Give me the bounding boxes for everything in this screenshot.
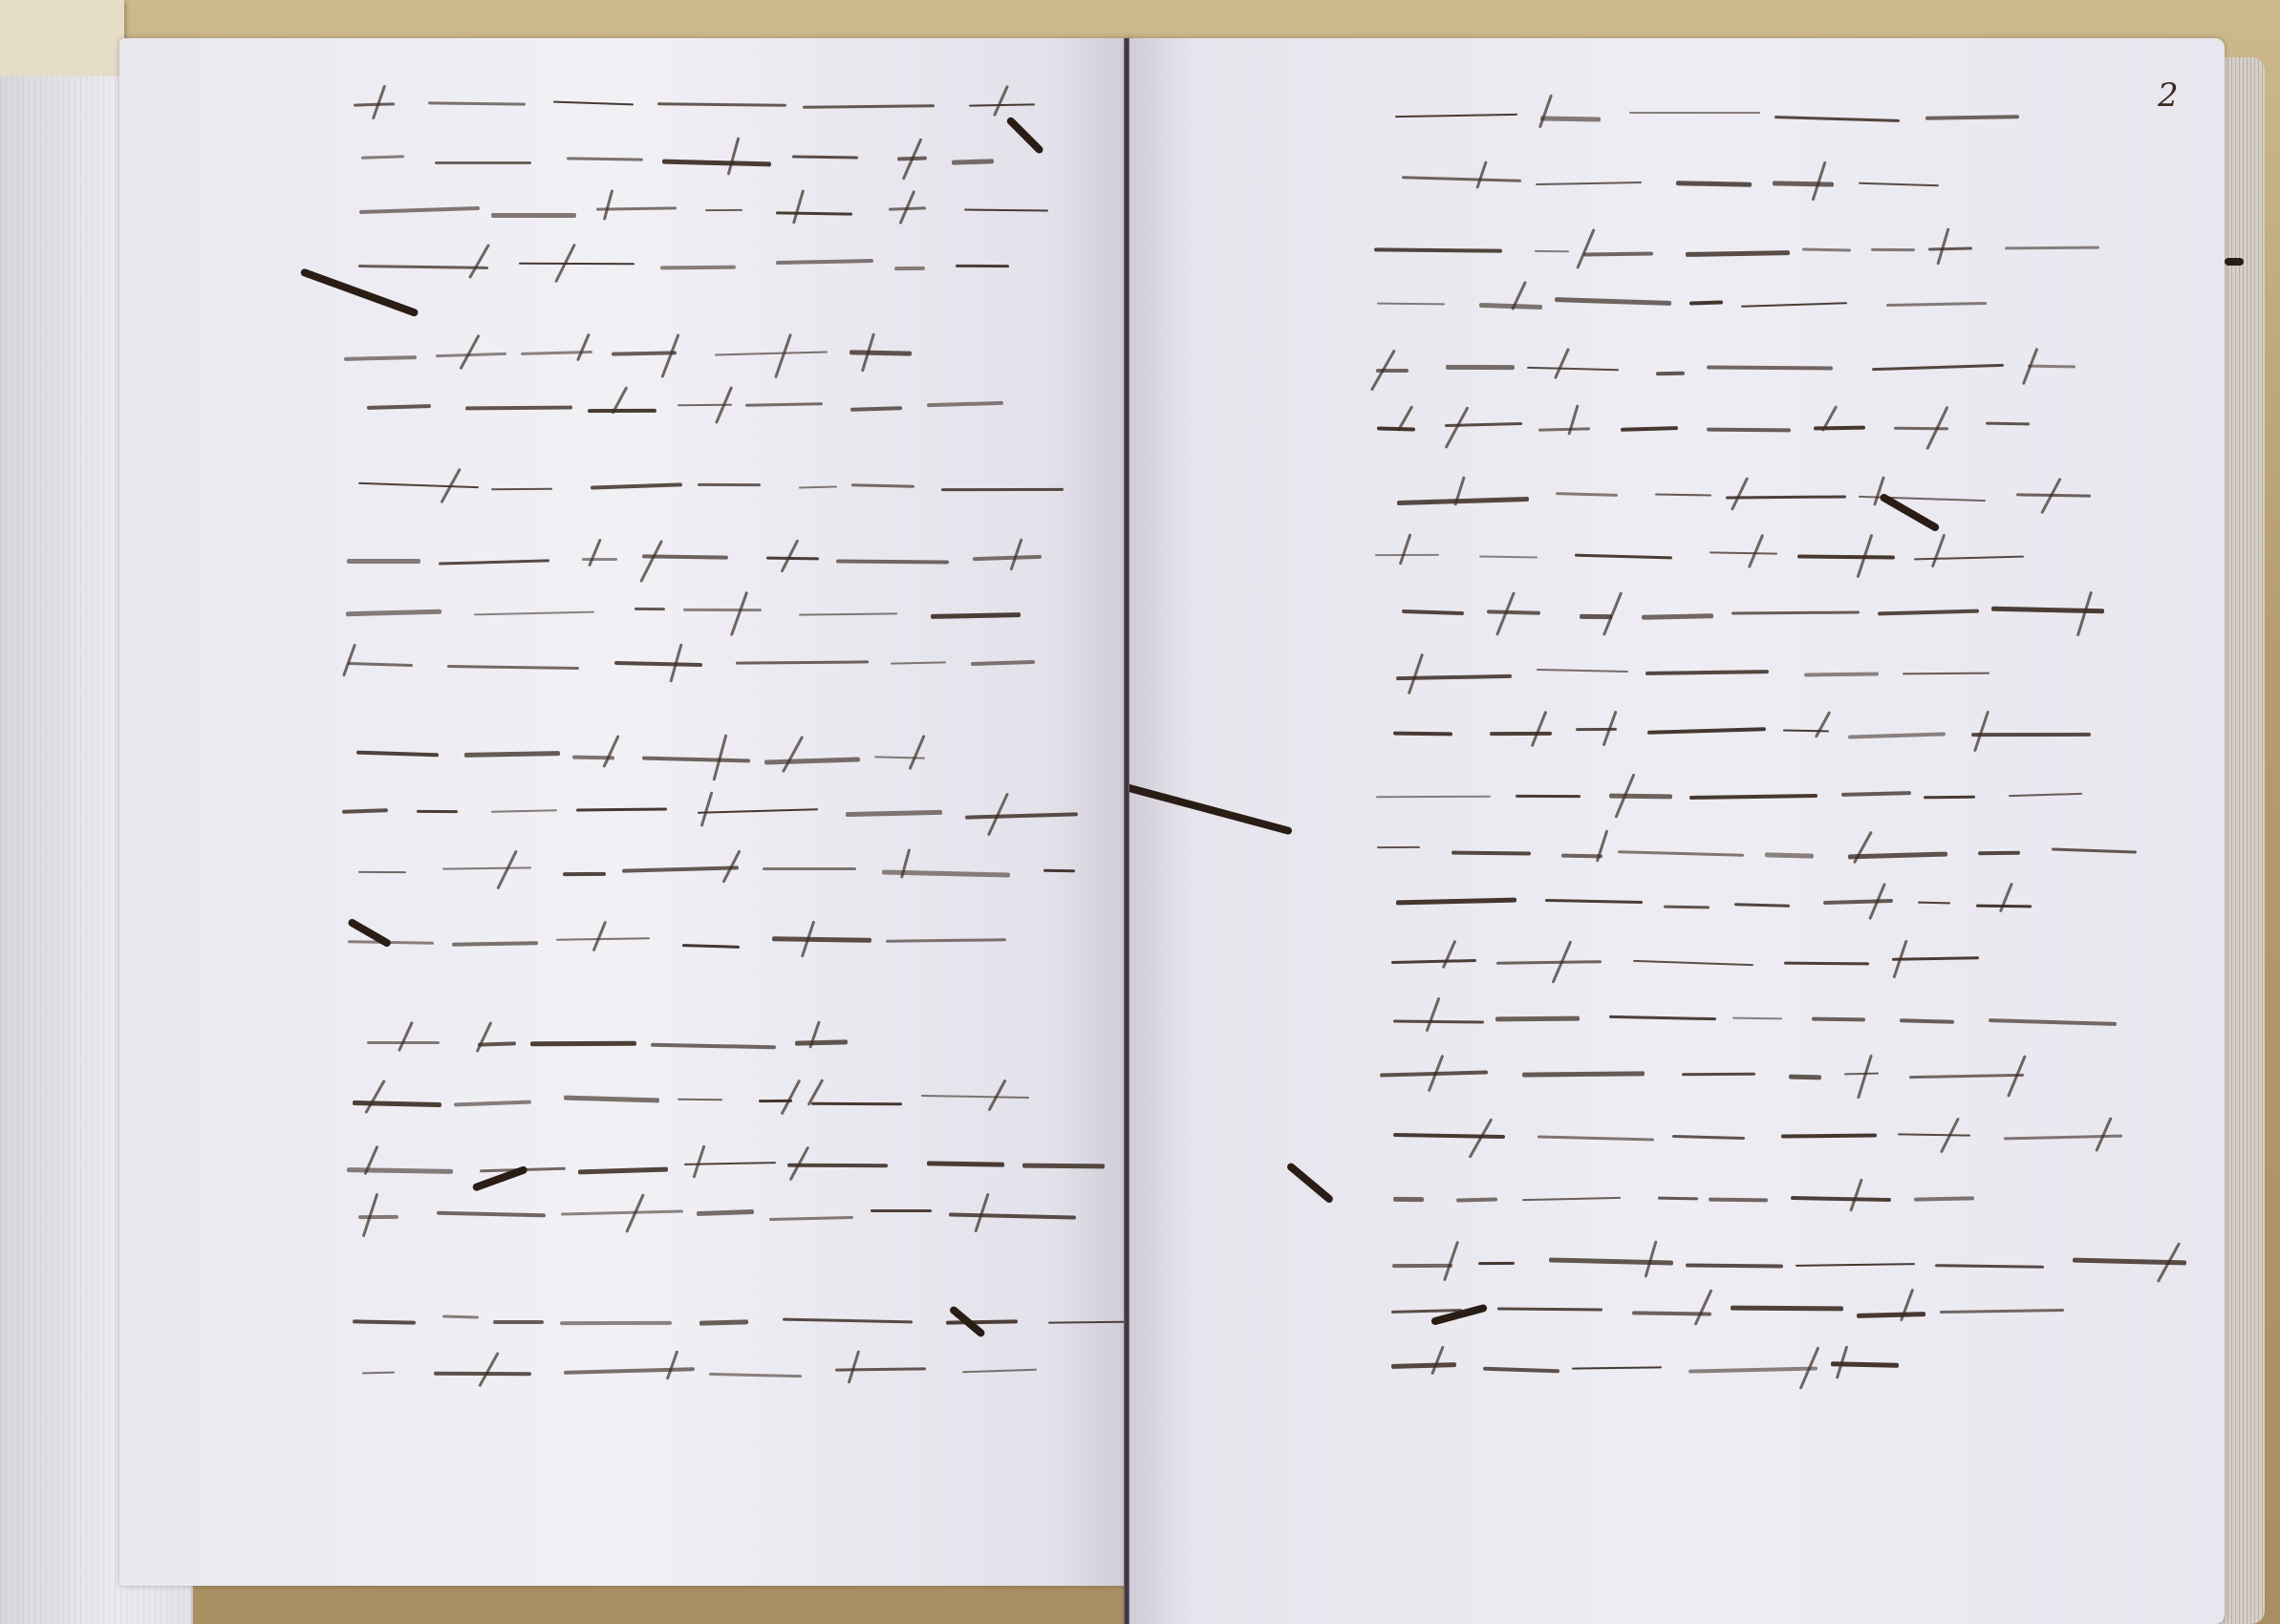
handwriting-stroke: [1645, 670, 1769, 675]
handwriting-stroke: [1730, 477, 1748, 511]
handwriting-stroke: [491, 488, 552, 491]
margin-mark: [1430, 1304, 1488, 1326]
handwriting-stroke: [622, 866, 739, 874]
handwriting-stroke: [1408, 653, 1424, 694]
handwriting-stroke: [576, 808, 667, 812]
handwriting-stroke: [491, 810, 557, 814]
handwriting-stroke: [927, 401, 1004, 407]
handwriting-stroke: [354, 102, 395, 107]
handwriting-stroke: [567, 157, 643, 160]
handwriting-stroke: [1849, 1178, 1863, 1211]
handwriting-stroke: [795, 1040, 848, 1046]
handwriting-stroke: [1689, 794, 1818, 800]
handwriting-stroke: [1549, 1257, 1673, 1265]
handwriting-stroke: [1823, 899, 1893, 905]
handwriting-stroke: [1931, 534, 1947, 568]
handwriting-stroke: [1395, 114, 1517, 118]
handwriting-stroke: [781, 539, 800, 572]
handwriting-stroke: [1781, 1133, 1877, 1138]
handwriting-stroke: [772, 937, 871, 943]
handwriting-stroke: [1655, 493, 1711, 496]
handwriting-stroke: [871, 1209, 932, 1212]
handwriting-stroke: [1545, 898, 1643, 903]
handwriting-stroke: [1924, 795, 1975, 799]
handwriting-stroke: [803, 104, 935, 108]
handwriting-stroke: [697, 1209, 754, 1216]
handwriting-stroke: [2005, 246, 2099, 249]
handwriting-stroke: [1707, 365, 1833, 370]
handwriting-stroke: [774, 333, 792, 379]
handwriting-stroke: [1555, 298, 1671, 307]
handwriting-stroke: [792, 189, 805, 224]
handwriting-stroke: [530, 1041, 636, 1046]
handwriting-stroke: [1497, 1308, 1602, 1312]
handwriting-stroke: [682, 944, 740, 949]
handwriting-stroke: [730, 591, 748, 636]
handwriting-stroke: [965, 812, 1078, 820]
handwriting-stroke: [1633, 960, 1753, 967]
handwriting-stroke: [1918, 902, 1950, 905]
handwriting-stroke: [1871, 248, 1915, 251]
handwriting-stroke: [1522, 1197, 1621, 1201]
handwriting-stroke: [2052, 847, 2137, 853]
handwriting-stroke: [1707, 427, 1791, 432]
handwriting-stroke: [846, 810, 942, 817]
handwriting-stroke: [1731, 1306, 1843, 1311]
handwriting-stroke: [1487, 610, 1540, 615]
handwriting-stroke: [576, 333, 591, 361]
handwriting-stroke: [763, 867, 856, 870]
handwriting-stroke: [442, 1314, 479, 1318]
handwriting-stroke: [769, 1216, 853, 1221]
handwriting-stroke: [347, 1167, 453, 1174]
handwriting-stroke: [1986, 422, 2030, 425]
handwriting-stroke: [949, 1212, 1076, 1219]
handwriting-stroke: [588, 409, 656, 414]
handwriting-stroke: [437, 1211, 546, 1217]
handwriting-stroke: [848, 1350, 860, 1383]
handwriting-stroke: [736, 660, 869, 665]
handwriting-stroke: [1773, 181, 1834, 186]
handwriting-stroke: [1377, 302, 1445, 305]
handwriting-stroke: [612, 351, 677, 355]
margin-mark: [300, 267, 419, 317]
handwriting-stroke: [1658, 1197, 1698, 1201]
handwriting-stroke: [891, 661, 946, 665]
handwriting-stroke: [850, 351, 912, 356]
handwriting-stroke: [464, 751, 560, 757]
handwriting-stroke: [478, 1352, 500, 1387]
handwriting-stroke: [436, 353, 506, 357]
handwriting-stroke: [766, 557, 819, 561]
handwriting-stroke: [1898, 1133, 1970, 1137]
handwriting-stroke: [1043, 868, 1075, 871]
handwriting-stroke: [1734, 904, 1790, 908]
handwriting-stroke: [1848, 732, 1946, 738]
handwriting-stroke: [1537, 669, 1628, 673]
handwriting-stroke: [564, 1095, 659, 1102]
handwriting-stroke: [344, 355, 417, 360]
handwriting-stroke: [1629, 112, 1760, 115]
handwriting-stroke: [1973, 711, 1990, 753]
book-gutter: [1124, 38, 1129, 1624]
handwriting-stroke: [642, 757, 750, 763]
handwriting-stroke: [474, 611, 594, 616]
handwriting-stroke: [1452, 851, 1531, 856]
handwriting-stroke: [1914, 556, 2024, 561]
handwriting-stroke: [1765, 852, 1814, 858]
handwriting-stroke: [478, 1041, 516, 1047]
handwriting-stroke: [1909, 1074, 2024, 1079]
handwriting-stroke: [1580, 614, 1612, 619]
handwriting-stroke: [496, 850, 518, 890]
handwriting-stroke: [1478, 1262, 1515, 1266]
handwriting-stroke: [764, 757, 860, 764]
handwriting-stroke: [1442, 940, 1457, 970]
handwriting-stroke: [1393, 732, 1452, 737]
handwriting-stroke: [1516, 795, 1581, 799]
handwriting-stroke: [787, 1164, 888, 1168]
handwriting-stroke: [1495, 1016, 1580, 1021]
handwriting-stroke: [348, 662, 413, 667]
handwriting-stroke: [927, 1161, 1004, 1166]
handwriting-stroke: [1656, 372, 1685, 376]
handwriting-stroke: [874, 757, 925, 760]
handwriting-stroke: [1483, 1367, 1559, 1374]
handwriting-stroke: [1789, 1074, 1821, 1079]
handwriting-stroke: [1925, 115, 2019, 119]
handwriting-stroke: [1989, 1018, 2117, 1026]
handwriting-stroke: [1536, 182, 1642, 185]
handwriting-stroke: [346, 609, 441, 616]
handwriting-stroke: [698, 483, 761, 486]
handwriting-stroke: [1999, 883, 2013, 912]
handwriting-stroke: [639, 540, 663, 583]
handwriting-stroke: [962, 1369, 1037, 1374]
handwriting-stroke: [1857, 1312, 1925, 1318]
handwriting-stroke: [1456, 1198, 1497, 1203]
handwriting-stroke: [1732, 1017, 1782, 1020]
handwriting-stroke: [699, 1319, 748, 1325]
handwriting-stroke: [1430, 1346, 1444, 1375]
handwriting-stroke: [1540, 117, 1601, 122]
handwriting-stroke: [940, 488, 1063, 491]
handwriting-stroke: [556, 937, 650, 941]
handwriting-stroke: [468, 244, 490, 279]
handwriting-stroke: [1978, 851, 2020, 855]
handwriting-stroke: [1522, 1072, 1645, 1078]
handwriting-stroke: [745, 403, 823, 408]
handwriting-stroke: [454, 1100, 531, 1107]
handwriting-stroke: [956, 265, 1009, 267]
handwriting-stroke: [1848, 851, 1947, 859]
handwriting-stroke: [776, 259, 874, 265]
margin-mark: [2225, 258, 2244, 266]
handwriting-stroke: [1618, 850, 1744, 857]
handwriting-stroke: [1496, 960, 1602, 964]
handwriting-stroke: [353, 1319, 416, 1324]
handwriting-stroke: [678, 1099, 722, 1101]
handwriting-stroke: [1583, 251, 1653, 256]
handwriting-stroke: [836, 559, 949, 564]
handwriting-stroke: [614, 661, 702, 668]
handwriting-stroke: [435, 161, 531, 164]
handwriting-stroke: [1664, 905, 1710, 908]
handwriting-stroke: [1397, 497, 1529, 505]
handwriting-stroke: [1857, 1055, 1873, 1100]
handwriting-stroke: [635, 608, 665, 610]
handwriting-stroke: [353, 1100, 441, 1107]
handwriting-stroke: [1647, 727, 1766, 735]
handwriting-stroke: [993, 85, 1009, 117]
handwriting-stroke: [447, 665, 579, 670]
handwriting-stroke: [1445, 365, 1514, 370]
handwriting-stroke: [1859, 182, 1939, 187]
handwriting-stroke: [1621, 426, 1678, 432]
handwriting-stroke: [1527, 366, 1619, 371]
handwriting-stroke: [1783, 730, 1829, 733]
handwriting-stroke: [952, 160, 994, 165]
handwriting-stroke: [1538, 427, 1590, 431]
handwriting-stroke: [1940, 1309, 2064, 1314]
handwriting-stroke: [342, 644, 356, 677]
handwriting-stroke: [931, 612, 1021, 619]
handwriting-stroke: [776, 211, 852, 215]
handwriting-stroke: [602, 735, 619, 768]
handwriting-stroke: [835, 1367, 926, 1371]
handwriting-stroke: [1872, 363, 2004, 370]
handwriting-stroke: [519, 262, 635, 265]
handwriting-stroke: [1391, 1362, 1456, 1369]
handwriting-stroke: [1393, 1197, 1424, 1202]
handwriting-stroke: [1392, 1264, 1452, 1268]
handwriting-stroke: [709, 1373, 802, 1378]
handwriting-stroke: [1689, 300, 1723, 306]
handwriting-stroke: [1936, 227, 1949, 265]
handwriting-stroke: [1556, 492, 1618, 497]
handwriting-stroke: [476, 1021, 493, 1053]
handwriting-stroke: [1844, 1072, 1879, 1075]
handwriting-stroke: [1694, 1289, 1713, 1326]
handwriting-stroke: [589, 539, 602, 566]
handwriting-stroke: [811, 1102, 902, 1106]
handwriting-stroke: [1393, 1133, 1505, 1139]
handwriting-stroke: [1609, 793, 1672, 798]
handwriting-stroke: [359, 206, 480, 215]
handwriting-stroke: [578, 1166, 668, 1174]
handwriting-stroke: [358, 265, 488, 269]
handwriting-stroke: [1900, 1018, 1954, 1024]
handwriting-stroke: [964, 209, 1048, 212]
handwriting-stroke: [1686, 250, 1790, 257]
handwriting-stroke: [563, 872, 606, 876]
handwriting-stroke: [1797, 555, 1895, 561]
handwriting-stroke: [1878, 609, 1979, 616]
handwriting-stroke: [367, 404, 431, 409]
handwriting-stroke: [1815, 711, 1832, 738]
handwriting-stroke: [1538, 95, 1553, 129]
handwriting-stroke: [442, 867, 531, 871]
handwriting-stroke: [1892, 957, 1979, 962]
handwriting-stroke: [342, 808, 388, 814]
handwriting-stroke: [792, 155, 858, 159]
handwriting-stroke: [2027, 365, 2075, 369]
handwriting-stroke: [1554, 348, 1570, 379]
handwriting-stroke: [1747, 534, 1763, 568]
handwriting-stroke: [1442, 1241, 1458, 1282]
handwriting-stroke: [921, 1095, 1029, 1099]
handwriting-stroke: [1804, 672, 1879, 676]
handwriting-stroke: [1841, 791, 1911, 797]
handwriting-stroke: [1672, 1135, 1745, 1141]
handwriting-stroke: [356, 750, 439, 757]
handwriting-stroke: [1791, 1196, 1892, 1202]
handwriting-stroke: [1710, 552, 1777, 555]
handwriting-stroke: [1572, 1367, 1662, 1370]
handwriting-stroke: [592, 921, 606, 951]
handwriting-stroke: [660, 266, 736, 270]
handwriting-stroke: [1476, 160, 1488, 189]
handwriting-stroke: [2076, 591, 2093, 636]
handwriting-stroke: [1022, 1164, 1105, 1168]
handwriting-stroke: [683, 609, 762, 612]
handwriting-stroke: [561, 1209, 683, 1215]
handwriting-stroke: [727, 137, 741, 175]
handwriting-stroke: [946, 1320, 1018, 1325]
handwriting-stroke: [969, 103, 1035, 106]
handwriting-stroke: [1575, 554, 1672, 560]
handwriting-stroke: [564, 1367, 696, 1375]
handwriting-stroke: [493, 1320, 544, 1324]
handwriting-stroke: [358, 1215, 398, 1220]
handwriting-stroke: [1682, 1073, 1755, 1077]
folio-number: 2: [2158, 76, 2179, 115]
handwriting-stroke: [1686, 1263, 1783, 1268]
handwriting-stroke: [1399, 533, 1412, 566]
handwriting-stroke: [1914, 1196, 1975, 1201]
handwriting-stroke: [799, 485, 837, 488]
handwriting-stroke: [364, 1079, 386, 1114]
handwriting-stroke: [651, 1043, 776, 1050]
handwriting-stroke: [1568, 404, 1580, 435]
handwriting-stroke: [1886, 302, 1987, 307]
handwriting-stroke: [1903, 673, 1990, 675]
handwriting-stroke: [971, 660, 1035, 666]
handwriting-stroke: [894, 267, 925, 270]
handwriting-stroke: [781, 1079, 802, 1115]
handwriting-stroke: [799, 612, 897, 615]
handwriting-stroke: [1538, 1136, 1654, 1142]
handwriting-stroke: [1402, 177, 1521, 183]
handwriting-stroke: [591, 483, 682, 490]
handwriting-stroke: [1775, 116, 1900, 122]
handwriting-stroke: [439, 559, 549, 565]
handwriting-stroke: [1935, 1264, 2044, 1269]
handwriting-stroke: [428, 101, 526, 106]
handwriting-stroke: [417, 810, 458, 813]
handwriting-stroke: [661, 333, 680, 378]
handwriting-stroke: [1802, 248, 1851, 251]
handwriting-stroke: [553, 101, 634, 106]
handwriting-stroke: [1479, 555, 1538, 558]
handwriting-stroke: [452, 942, 538, 947]
handwriting-stroke: [1642, 613, 1713, 620]
handwriting-stroke: [347, 559, 420, 564]
handwriting-stroke: [908, 735, 925, 770]
handwriting-stroke: [1608, 1015, 1715, 1020]
margin-mark: [1125, 783, 1293, 835]
handwriting-stroke: [1894, 427, 1948, 431]
handwriting-stroke: [1709, 1198, 1768, 1203]
handwriting-stroke: [1376, 795, 1491, 798]
handwriting-stroke: [693, 1144, 706, 1178]
handwriting-stroke: [1812, 1016, 1865, 1021]
left-page: [119, 38, 1132, 1586]
handwriting-stroke: [1971, 733, 2091, 737]
handwriting-stroke: [1535, 250, 1569, 253]
handwriting-stroke: [1732, 610, 1860, 614]
handwriting-stroke: [398, 1021, 414, 1052]
handwriting-stroke: [1377, 846, 1420, 849]
open-book: 2: [0, 38, 2280, 1624]
handwriting-stroke: [1490, 731, 1552, 735]
margin-mark: [1005, 116, 1044, 155]
handwriting-stroke: [1530, 711, 1547, 747]
handwriting-stroke: [782, 736, 804, 773]
handwriting-stroke: [1377, 426, 1415, 431]
handwriting-stroke: [1784, 961, 1869, 965]
handwriting-stroke: [850, 406, 902, 411]
handwriting-stroke: [1391, 959, 1476, 964]
handwriting-stroke: [362, 1372, 395, 1375]
handwriting-stroke: [1395, 898, 1516, 905]
handwriting-stroke: [361, 155, 404, 160]
handwriting-stroke: [459, 334, 480, 371]
handwriting-stroke: [886, 938, 1006, 943]
handwriting-stroke: [358, 482, 479, 488]
handwriting-stroke: [1426, 997, 1441, 1033]
handwriting-stroke: [705, 209, 742, 212]
handwriting-stroke: [662, 159, 771, 166]
handwriting-stroke: [1375, 554, 1439, 556]
handwriting-stroke: [1374, 247, 1502, 253]
handwriting-stroke: [1928, 246, 1972, 250]
handwriting-stroke: [1444, 406, 1469, 449]
handwriting-stroke: [666, 1350, 679, 1379]
handwriting-stroke: [560, 1321, 672, 1325]
handwriting-stroke: [973, 554, 1042, 560]
handwriting-stroke: [1796, 1263, 1915, 1267]
handwriting-stroke: [491, 213, 576, 218]
handwriting-stroke: [1726, 496, 1846, 500]
handwriting-stroke: [851, 483, 914, 488]
handwriting-stroke: [465, 406, 572, 410]
handwriting-stroke: [2009, 792, 2082, 796]
handwriting-stroke: [1402, 609, 1464, 615]
handwriting-stroke: [700, 791, 714, 827]
handwriting-stroke: [1741, 302, 1847, 308]
handwriting-stroke: [1688, 1366, 1818, 1373]
handwriting-stroke: [715, 352, 828, 356]
handwriting-stroke: [783, 1318, 914, 1324]
handwriting-stroke: [1393, 1020, 1484, 1024]
margin-mark: [1285, 1162, 1334, 1205]
margin-mark: [347, 918, 392, 949]
handwriting-stroke: [657, 102, 786, 107]
handwriting-stroke: [1676, 182, 1752, 187]
handwriting-stroke: [582, 558, 617, 561]
handwriting-stroke: [698, 808, 818, 814]
